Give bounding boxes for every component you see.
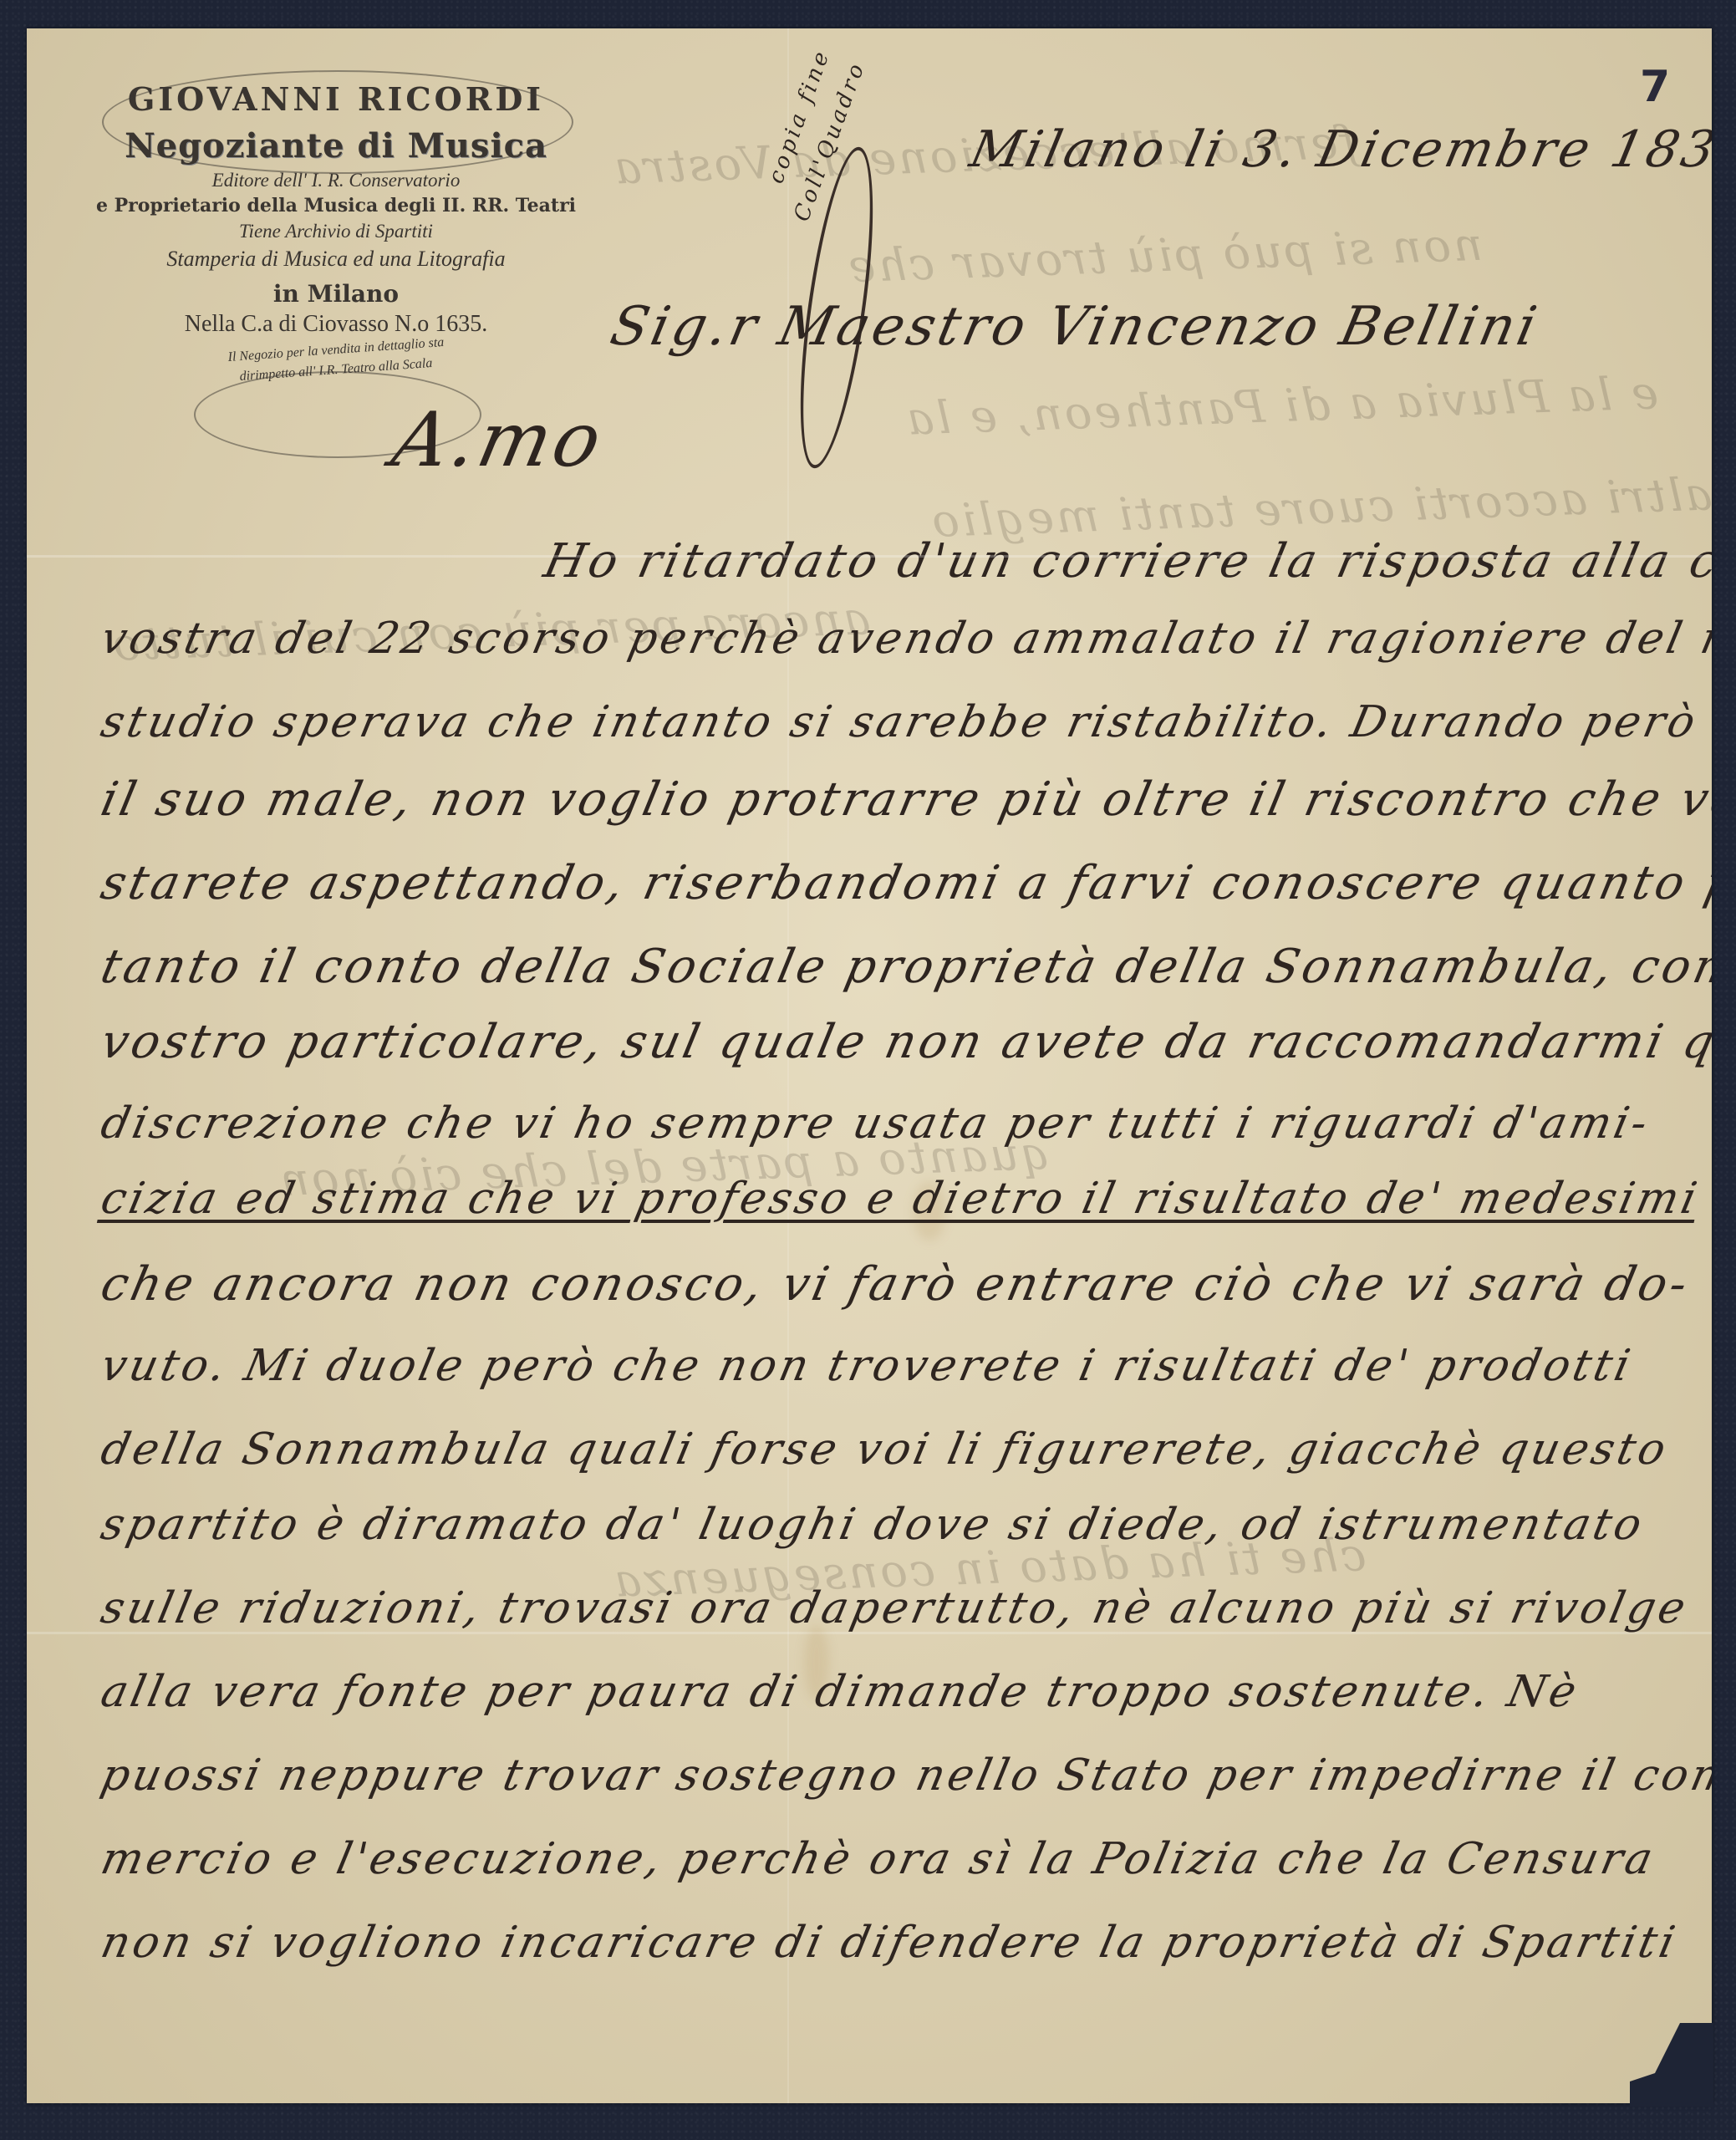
body-line: vostra del 22 scorso perchè avendo ammal… [97,614,1712,664]
body-line: alla vera fonte per paura di dimande tro… [97,1667,1585,1717]
letterhead-line: Stamperia di Musica ed una Litografia [85,247,587,272]
body-line: Ho ritardato d'un corriere la risposta a… [539,534,1712,588]
body-line-underlined: cizia ed stima che vi professo e dietro … [97,1174,1704,1224]
body-line: studio sperava che intanto si sarebbe ri… [97,697,1712,747]
body-line: discrezione che vi ho sempre usata per t… [97,1098,1655,1149]
body-line: vostro particolare, sul quale non avete … [96,1015,1712,1069]
honorific: A.mo [385,396,612,484]
letterhead-line: Tiene Archivio di Spartiti [85,221,587,242]
body-line: tanto il conto della Sociale proprietà d… [96,940,1712,994]
salutation: Sig.r Maestro Vincenzo Bellini [605,296,1545,358]
page-number: 7 [1640,62,1670,112]
body-line: starete aspettando, riserbandomi a farvi… [96,856,1712,910]
letterhead-city: in Milano [85,280,587,308]
bleed-through-text: e la Pluvia a di Pantheon, e la [904,366,1659,445]
body-line: spartito è diramato da' luoghi dove si d… [97,1500,1650,1550]
body-line: puossi neppure trovar sostegno nello Sta… [97,1750,1712,1801]
body-line: mercio e l'esecuzione, perchè ora sì la … [97,1834,1661,1884]
dateline: Milano li 3. Dicembre 1833. [965,120,1712,179]
letterhead: GIOVANNI RICORDI Negoziante di Musica Ed… [85,62,587,378]
body-line: che ancora non conosco, vi farò entrare … [96,1257,1695,1312]
body-line: il suo male, non voglio protrarre più ol… [96,772,1712,827]
body-line: non si vogliono incaricare di difendere … [97,1918,1683,1968]
bleed-through-text: non si può più trovar che [845,218,1484,293]
body-line: della Sonnambula quali forse voi li figu… [97,1424,1673,1475]
body-line: vuto. Mi duole però che non troverete i … [97,1341,1638,1391]
body-line: sulle riduzioni, trovasi ora dapertutto,… [97,1583,1693,1633]
letterhead-line: e Proprietario della Musica degli II. RR… [85,195,587,217]
letter-page: fermo all'eccezione da Vostra non si può… [27,28,1712,2103]
flourish-ornament [102,70,573,174]
